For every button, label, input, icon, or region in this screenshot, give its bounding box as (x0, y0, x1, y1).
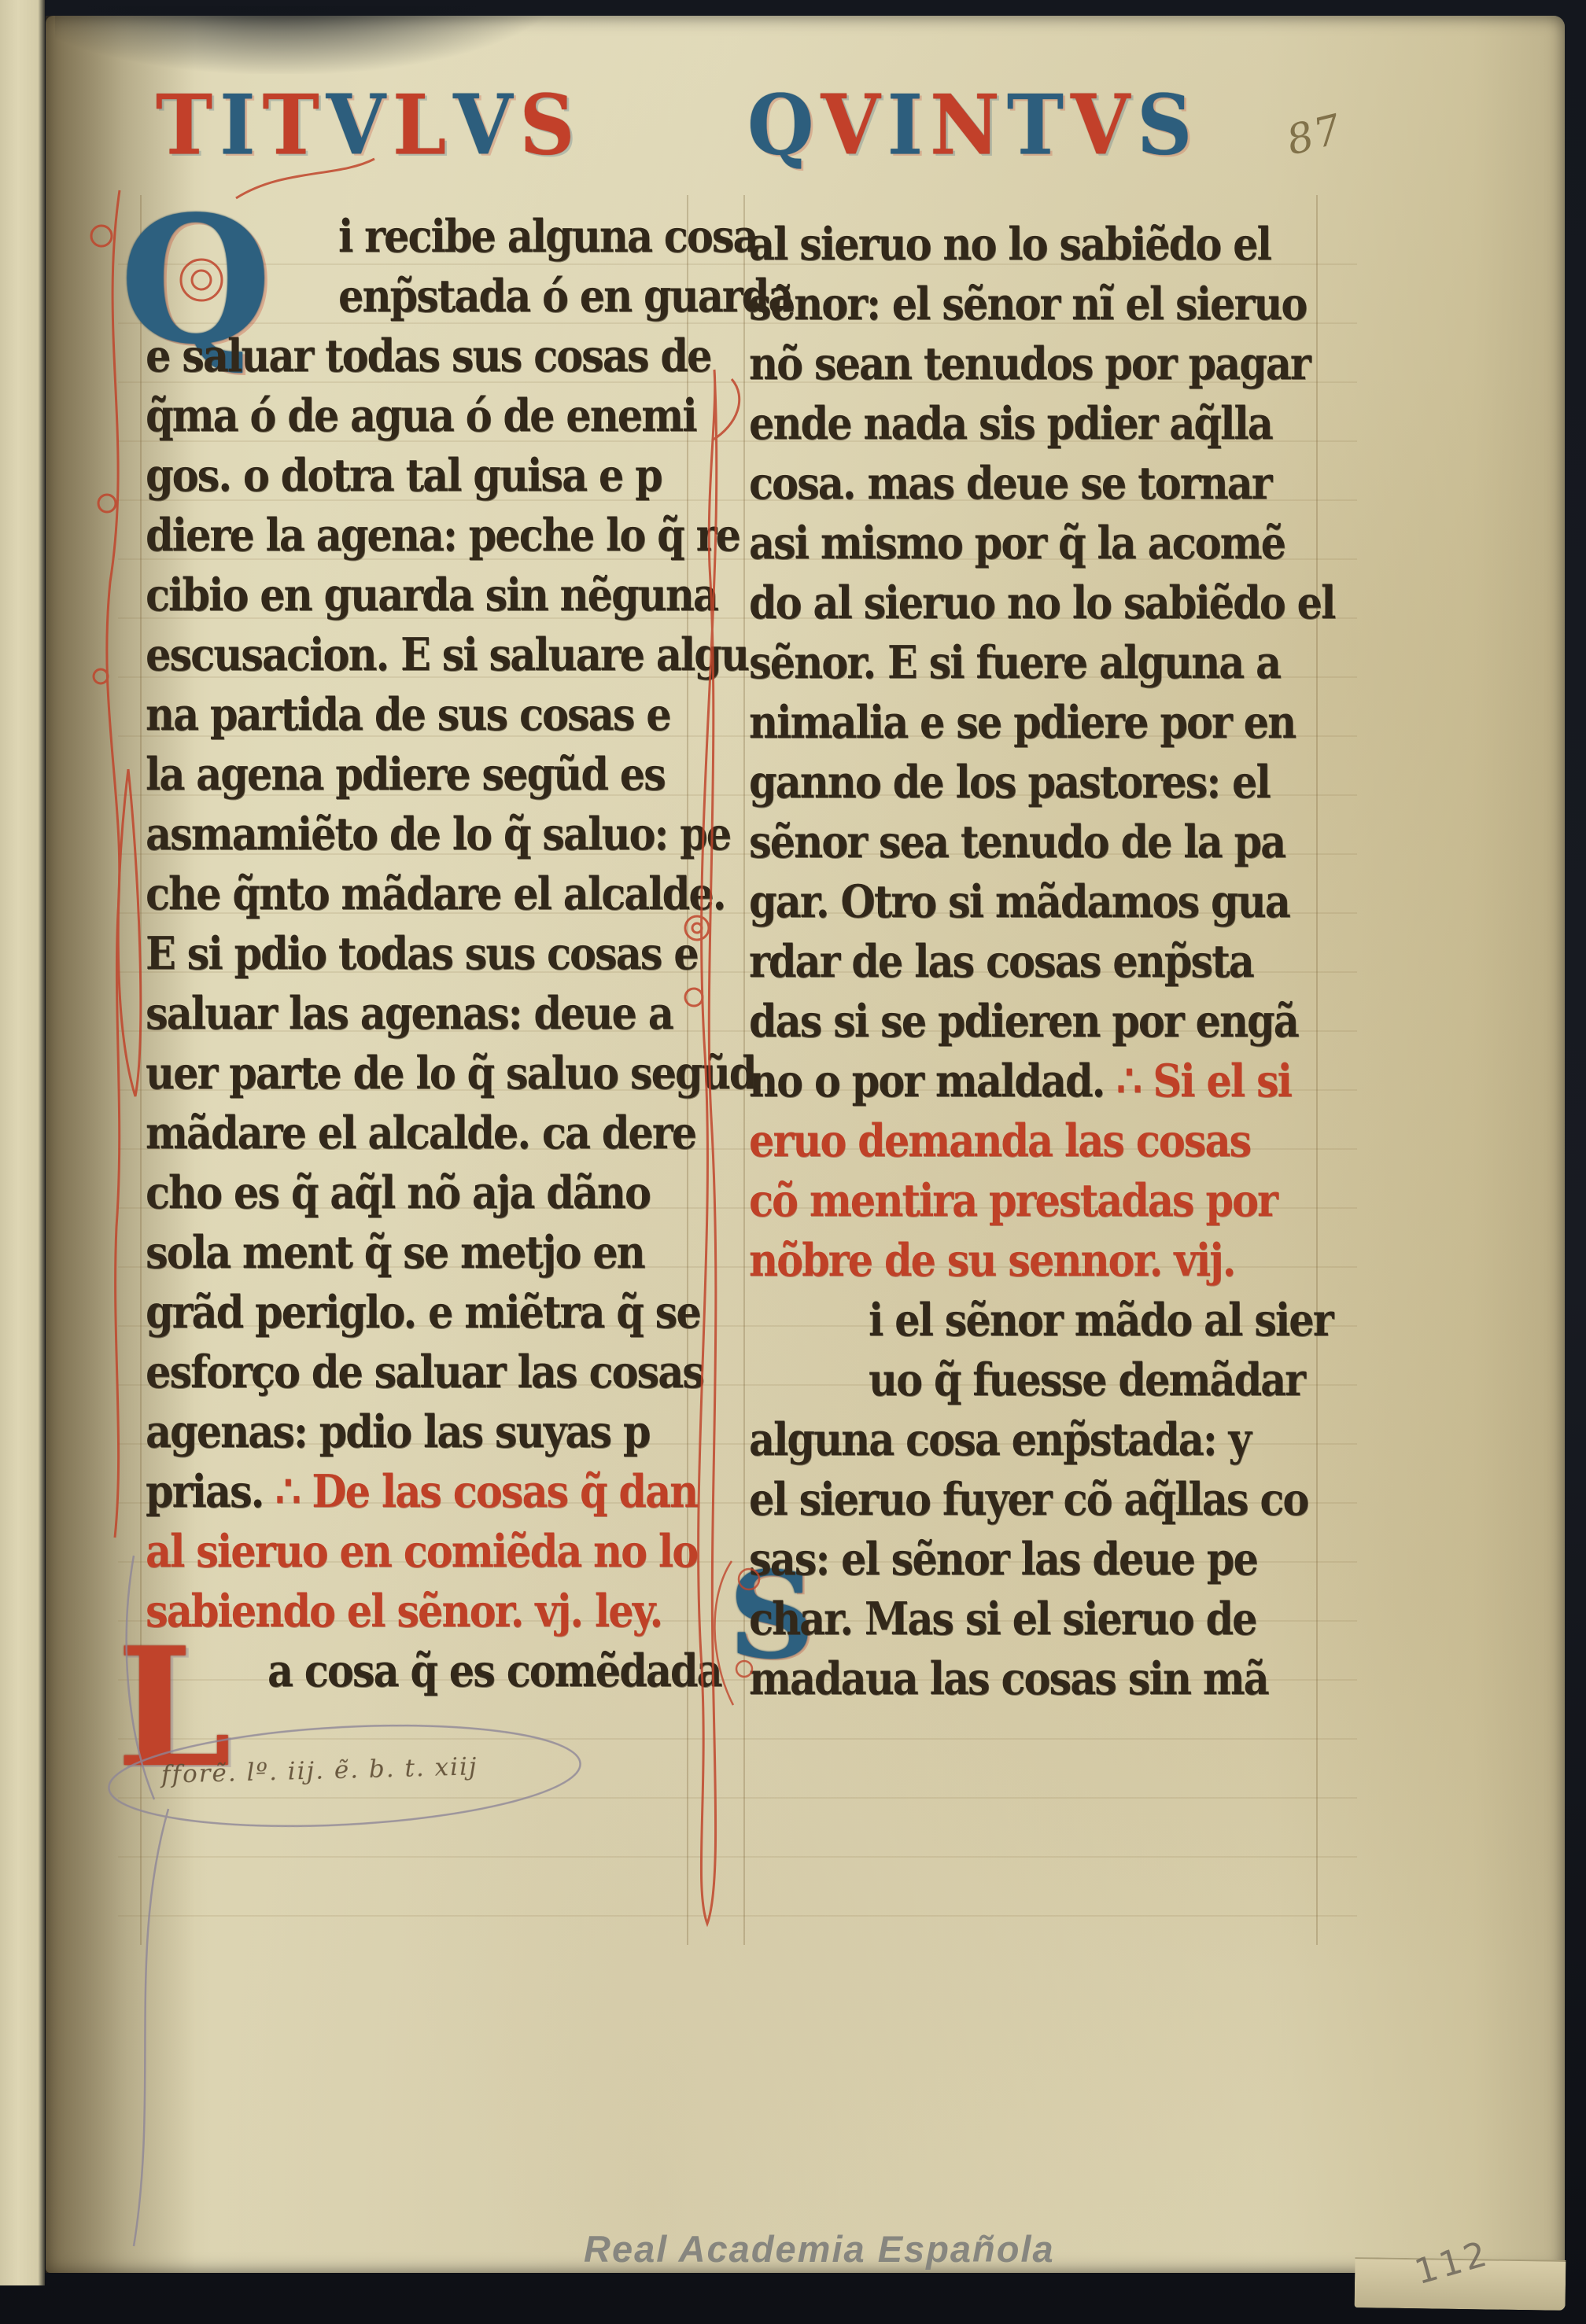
facing-folio-edge (0, 0, 45, 2285)
manuscript-photo: TITVLVS QVINTVS 87 Q L S i recibe alguna… (0, 0, 1586, 2324)
text-segment: uo q̃ fuesse demãdar (869, 1354, 1304, 1407)
text-segment: el sieruo fuyer cõ aq̃llas co (749, 1474, 1308, 1527)
text-segment: cõ mentira prestadas por (749, 1175, 1277, 1228)
manuscript-line: do al sieruo no lo sabiẽdo el (749, 573, 1334, 634)
header-word-titulus: TITVLVS (156, 82, 582, 176)
text-segment: al sieruo no lo sabiẽdo el (749, 219, 1271, 271)
header-letter: V (1071, 79, 1137, 172)
manuscript-line: esforço de saluar las cosas (146, 1342, 703, 1403)
text-segment: das si se pdieren por engã (749, 996, 1298, 1048)
manuscript-line: alguna cosa enp̃stada: y (749, 1409, 1250, 1471)
manuscript-line: sẽnor: el sẽnor nĩ el sieruo (749, 274, 1306, 335)
manuscript-line: no o por maldad. ∴ Si el si (749, 1051, 1291, 1112)
text-segment: no o por maldad. (749, 1055, 1104, 1108)
text-segment: q̃ma ó de agua ó de enemi (146, 390, 696, 443)
text-segment: saluar las agenas: deue a (146, 988, 673, 1040)
text-column-right: al sieruo no lo sabiẽdo elsẽnor: el sẽno… (749, 214, 1323, 1771)
text-segment: agenas: pdio las suyas p (146, 1406, 650, 1459)
text-segment: al sieruo en comiẽda no lo (146, 1526, 697, 1578)
manuscript-line: sẽnor. E si fuere alguna a (749, 632, 1280, 694)
manuscript-line: saluar las agenas: deue a (146, 983, 673, 1044)
text-segment: che q̃nto mãdare el alcalde. (146, 868, 725, 921)
text-segment: enp̃stada ó en guarda (338, 271, 792, 323)
text-segment: asi mismo por q̃ la acomẽ (749, 517, 1285, 570)
text-segment: diere la agena: peche lo q̃ re (146, 510, 740, 562)
text-segment: sẽnor sea tenudo de la pa (749, 816, 1285, 869)
text-segment: nimalia e se pdiere por en (749, 697, 1295, 749)
manuscript-line: el sieruo fuyer cõ aq̃llas co (749, 1469, 1308, 1530)
manuscript-line: cibio en guarda sin nẽguna (146, 565, 717, 626)
manuscript-line: prias. ∴ De las cosas q̃ dan (146, 1461, 697, 1523)
manuscript-line: gos. o dotra tal guisa e p (146, 445, 662, 506)
header-letter: T (263, 79, 326, 172)
institution-watermark: Real Academia Española (584, 2227, 1055, 2271)
text-segment: a cosa q̃ es comẽdada (267, 1645, 721, 1698)
manuscript-line: sabiendo el sẽnor. vj. ley. (146, 1581, 662, 1642)
header-letter: T (156, 79, 219, 172)
manuscript-line: cosa. mas deue se tornar (749, 453, 1271, 514)
text-segment: sas: el sẽnor las deue pe (749, 1534, 1257, 1586)
manuscript-line: ganno de los pastores: el (749, 752, 1270, 813)
manuscript-line: sas: el sẽnor las deue pe (749, 1529, 1257, 1590)
manuscript-line: agenas: pdio las suyas p (146, 1401, 650, 1463)
text-segment: rdar de las cosas enp̃sta (749, 936, 1253, 989)
manuscript-line: cho es q̃ aq̃l nõ aja dãno (146, 1162, 650, 1224)
manuscript-line: uo q̃ fuesse demãdar (869, 1350, 1304, 1411)
text-segment: e saluar todas sus cosas de (146, 330, 711, 383)
header-letter: V (821, 79, 887, 172)
text-segment: cosa. mas deue se tornar (749, 458, 1271, 510)
manuscript-line: eruo demanda las cosas (749, 1110, 1250, 1172)
text-segment: ganno de los pastores: el (749, 757, 1270, 809)
header-letter: V (326, 79, 393, 172)
text-segment: uer parte de lo q̃ saluo segũd (146, 1048, 755, 1100)
header-letter: S (1137, 79, 1199, 172)
header-letter: I (219, 79, 262, 172)
manuscript-line: E si pdio todas sus cosas e (146, 923, 698, 985)
manuscript-line: enp̃stada ó en guarda (338, 266, 792, 327)
text-segment: asmamiẽto de lo q̃ saluo: pe (146, 808, 730, 861)
manuscript-line: ende nada sis pdier aq̃lla (749, 393, 1272, 455)
text-segment: cho es q̃ aq̃l nõ aja dãno (146, 1167, 650, 1220)
manuscript-line: na partida de sus cosas e (146, 684, 670, 746)
text-segment: sẽnor. E si fuere alguna a (749, 637, 1280, 690)
manuscript-line: a cosa q̃ es comẽdada (267, 1641, 721, 1702)
text-segment: escusacion. E si saluare algu (146, 629, 748, 682)
manuscript-line: diere la agena: peche lo q̃ re (146, 505, 740, 566)
text-segment: nõbre de su sennor. vij. (749, 1235, 1235, 1287)
manuscript-line: escusacion. E si saluare algu (146, 624, 748, 686)
text-segment: do al sieruo no lo sabiẽdo el (749, 577, 1334, 630)
header-letter: S (519, 79, 581, 172)
manuscript-line: sola ment q̃ se metjo en (146, 1222, 644, 1284)
manuscript-line: rdar de las cosas enp̃sta (749, 931, 1253, 993)
manuscript-line: e saluar todas sus cosas de (146, 326, 711, 387)
header-letter: Q (747, 79, 821, 172)
text-segment: ende nada sis pdier aq̃lla (749, 398, 1272, 451)
top-edge-shadow (55, 6, 559, 74)
manuscript-line: asmamiẽto de lo q̃ saluo: pe (146, 804, 730, 865)
manuscript-line: i el sẽnor mãdo al sier (869, 1290, 1333, 1351)
text-segment: prias. (146, 1466, 263, 1519)
manuscript-line: uer parte de lo q̃ saluo segũd (146, 1043, 755, 1104)
text-segment: mãdare el alcalde. ca dere (146, 1107, 695, 1160)
manuscript-line: la agena pdiere segũd es (146, 744, 665, 805)
text-segment: E si pdio todas sus cosas e (146, 928, 698, 981)
text-segment: la agena pdiere segũd es (146, 749, 665, 801)
manuscript-line: q̃ma ó de agua ó de enemi (146, 385, 696, 447)
text-segment: ∴ (263, 1466, 312, 1519)
manuscript-line: che q̃nto mãdare el alcalde. (146, 864, 725, 925)
header-letter: L (393, 79, 453, 172)
manuscript-line: das si se pdieren por engã (749, 991, 1298, 1052)
manuscript-line: sẽnor sea tenudo de la pa (749, 812, 1285, 873)
manuscript-line: gar. Otro si mãdamos gua (749, 871, 1289, 933)
manuscript-line: asi mismo por q̃ la acomẽ (749, 513, 1285, 574)
text-segment: Si el si (1153, 1055, 1291, 1108)
manuscript-line: i recibe alguna cosa (338, 206, 758, 267)
text-segment: char. Mas si el sieruo de (749, 1593, 1256, 1646)
text-segment: gar. Otro si mãdamos gua (749, 876, 1289, 929)
manuscript-line: madaua las cosas sin mã (749, 1648, 1268, 1710)
manuscript-line: al sieruo no lo sabiẽdo el (749, 214, 1271, 275)
text-segment: esforço de saluar las cosas (146, 1346, 703, 1399)
manuscript-line: mãdare el alcalde. ca dere (146, 1103, 695, 1164)
text-segment: cibio en guarda sin nẽguna (146, 569, 717, 622)
header-letter: N (930, 79, 1007, 172)
text-segment: madaua las cosas sin mã (749, 1653, 1268, 1706)
text-segment: De las cosas q̃ dan (312, 1466, 697, 1519)
manuscript-line: nimalia e se pdiere por en (749, 692, 1295, 753)
manuscript-line: al sieruo en comiẽda no lo (146, 1521, 697, 1582)
text-segment: sẽnor: el sẽnor nĩ el sieruo (749, 278, 1306, 331)
text-segment: sola ment q̃ se metjo en (146, 1227, 644, 1280)
text-segment: grãd periglo. e miẽtra q̃ se (146, 1287, 700, 1339)
text-segment: i el sẽnor mãdo al sier (869, 1295, 1333, 1347)
text-segment: eruo demanda las cosas (749, 1115, 1250, 1168)
text-segment: sabiendo el sẽnor. vj. ley. (146, 1586, 662, 1638)
text-segment: ∴ (1104, 1055, 1153, 1108)
header-letter: V (453, 79, 519, 172)
text-segment: nõ sean tenudos por pagar (749, 338, 1310, 391)
text-segment: i recibe alguna cosa (338, 211, 758, 263)
text-column-left: i recibe alguna cosaenp̃stada ó en guard… (146, 206, 696, 1763)
manuscript-line: nõ sean tenudos por pagar (749, 333, 1310, 395)
text-segment: alguna cosa enp̃stada: y (749, 1414, 1250, 1467)
manuscript-line: cõ mentira prestadas por (749, 1170, 1277, 1232)
header-word-quintus: QVINTVS (747, 82, 1199, 176)
text-segment: gos. o dotra tal guisa e p (146, 450, 662, 503)
header-letter: I (887, 79, 930, 172)
text-segment: na partida de sus cosas e (146, 689, 670, 742)
header-letter: T (1007, 79, 1071, 172)
manuscript-line: grãd periglo. e miẽtra q̃ se (146, 1282, 700, 1343)
manuscript-line: char. Mas si el sieruo de (749, 1589, 1256, 1650)
manuscript-line: nõbre de su sennor. vij. (749, 1230, 1235, 1291)
